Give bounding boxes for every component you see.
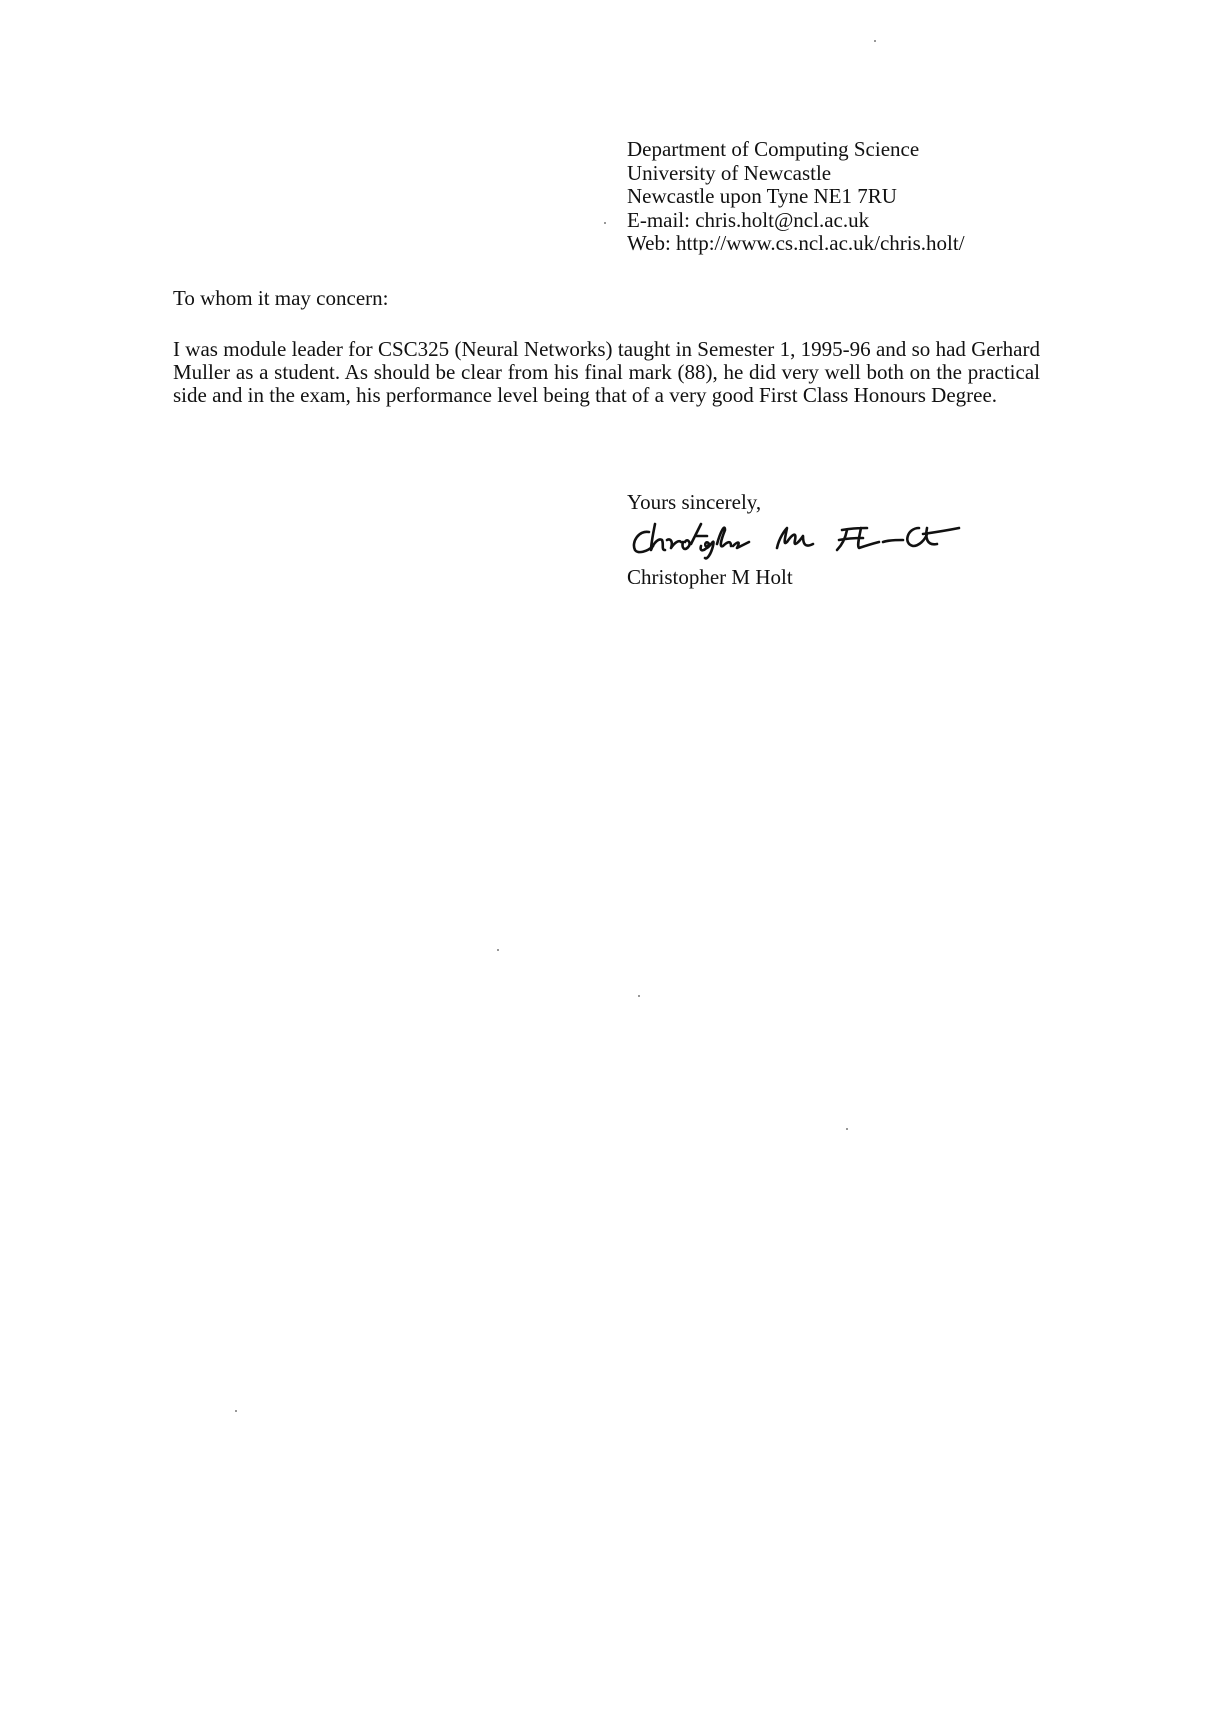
salutation: To whom it may concern: <box>173 286 388 311</box>
signer-name: Christopher M Holt <box>627 565 793 590</box>
address-city-postcode: Newcastle upon Tyne NE1 7RU <box>627 185 965 209</box>
address-department: Department of Computing Science <box>627 138 965 162</box>
scan-speck <box>604 222 606 224</box>
scan-speck <box>638 995 640 997</box>
address-email: E-mail: chris.holt@ncl.ac.uk <box>627 209 965 233</box>
scan-speck <box>235 1410 237 1412</box>
scan-speck <box>846 1128 848 1130</box>
scan-speck <box>874 40 876 42</box>
letter-body: I was module leader for CSC325 (Neural N… <box>173 338 1040 407</box>
scan-speck <box>497 949 499 951</box>
address-university: University of Newcastle <box>627 162 965 186</box>
address-web: Web: http://www.cs.ncl.ac.uk/chris.holt/ <box>627 232 965 256</box>
closing: Yours sincerely, <box>627 490 761 515</box>
handwritten-signature <box>627 516 987 560</box>
sender-address-block: Department of Computing Science Universi… <box>627 138 965 256</box>
